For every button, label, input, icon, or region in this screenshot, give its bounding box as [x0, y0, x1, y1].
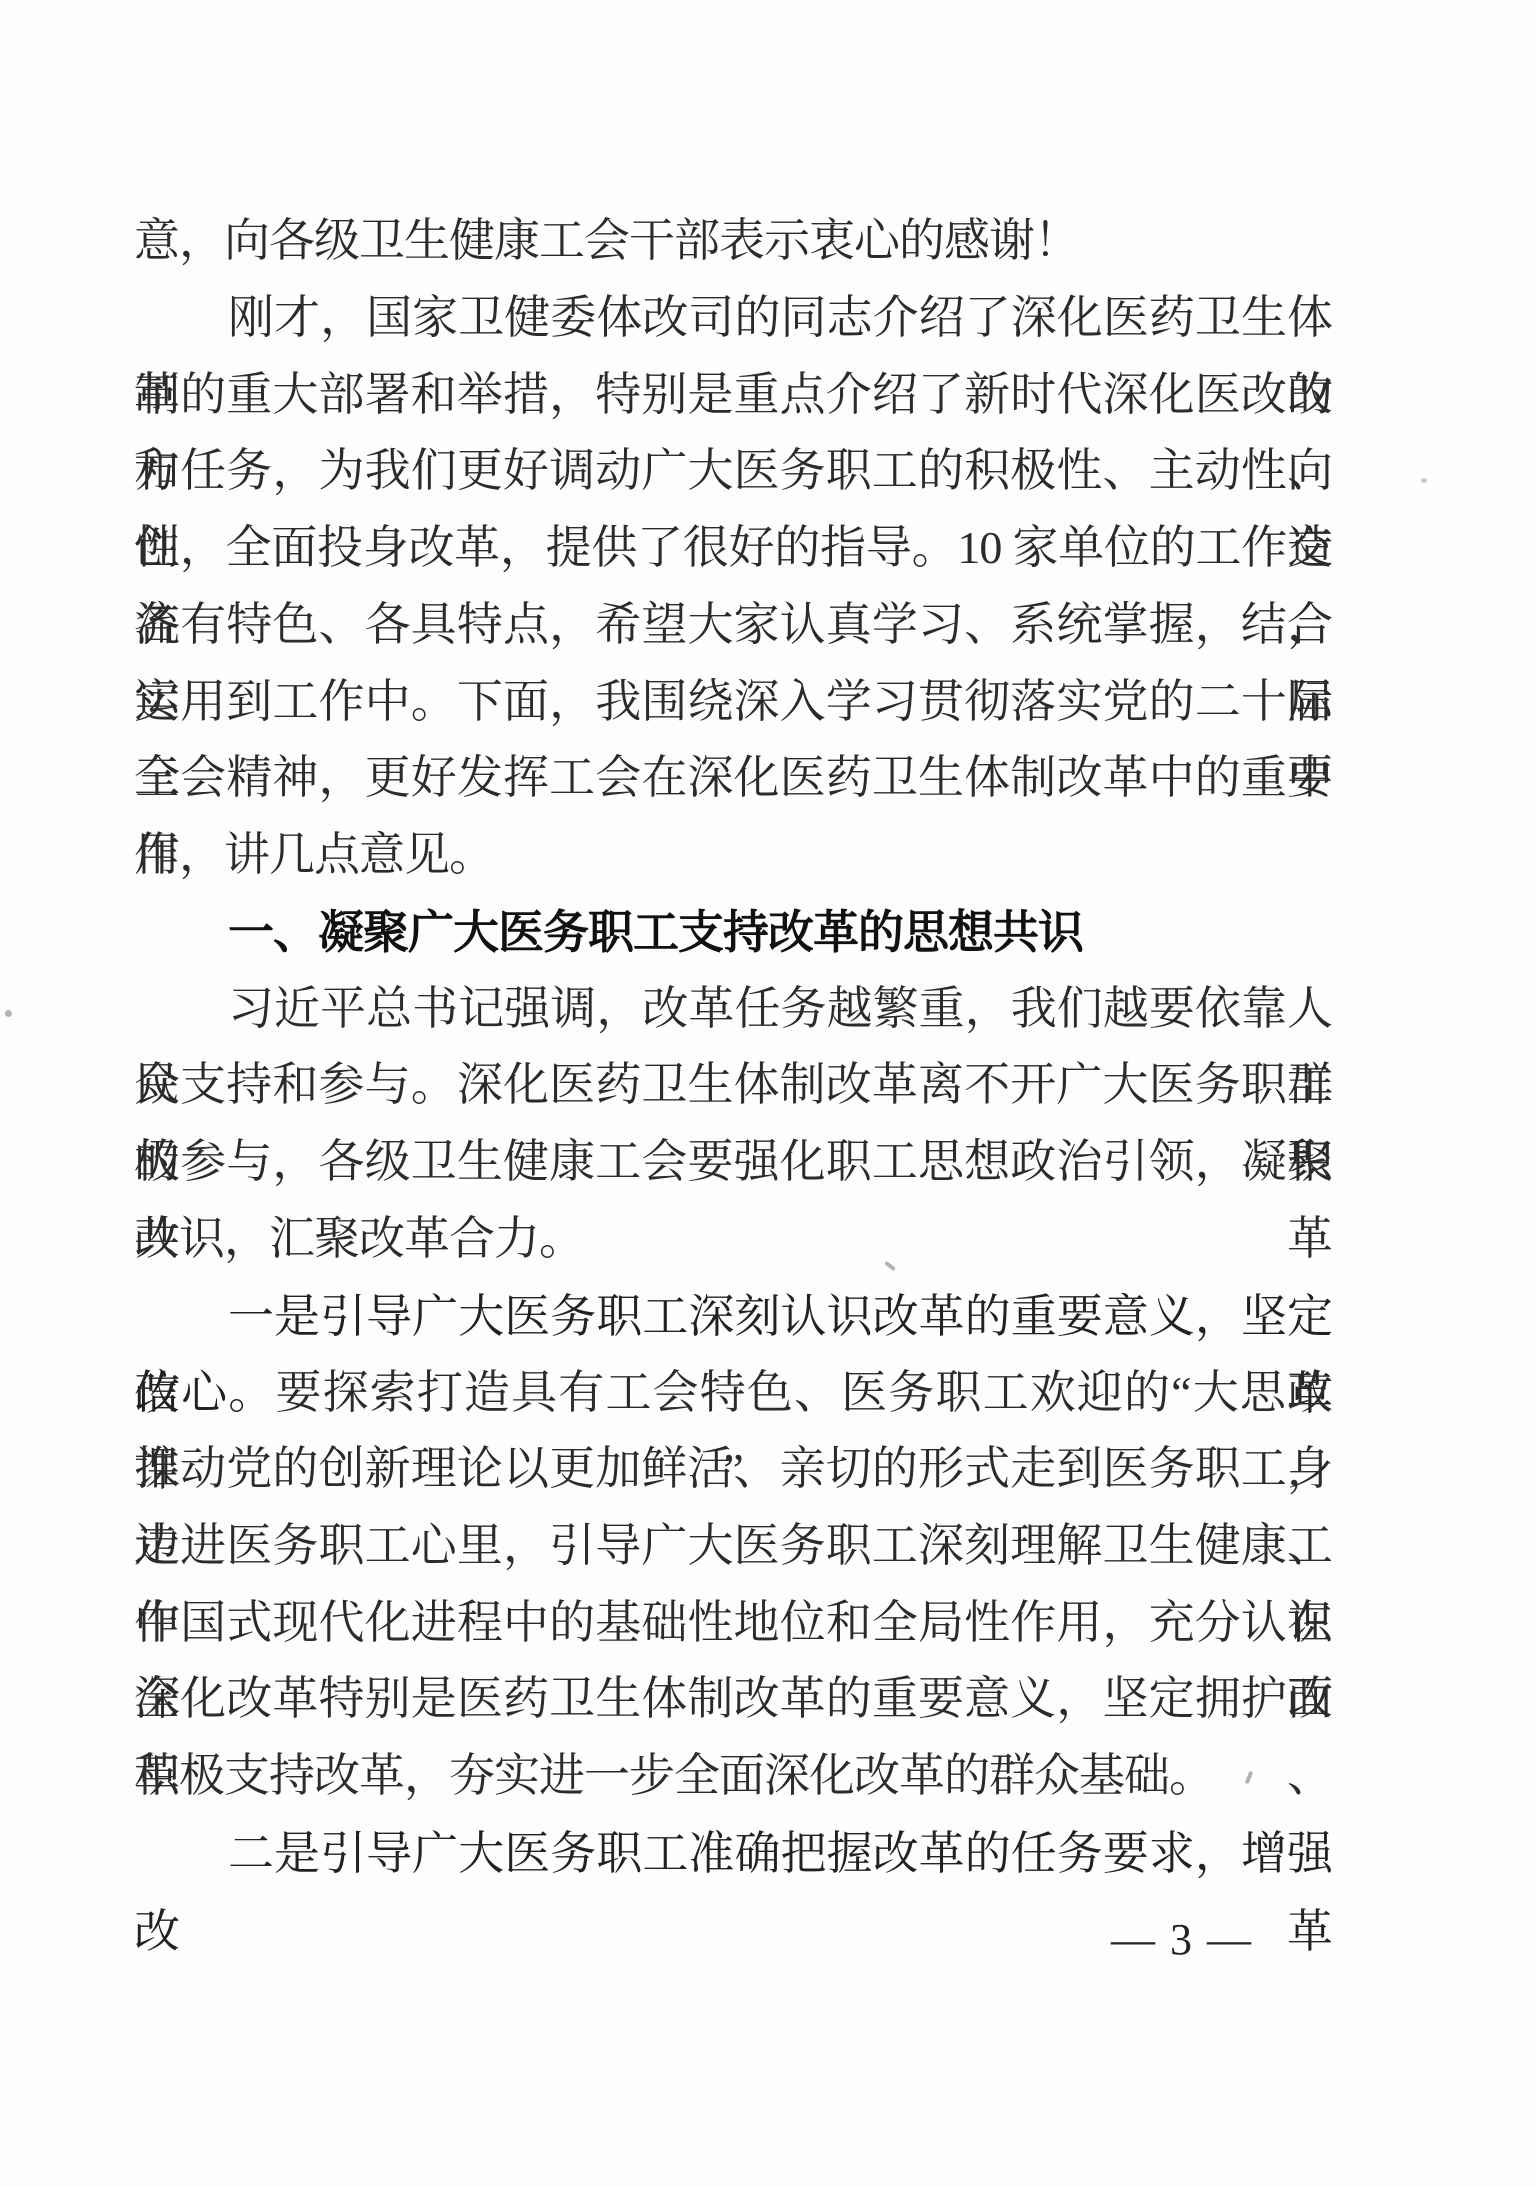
text-line: 积极支持改革，夯实进一步全面深化改革的群众基础。 [134, 1738, 1332, 1815]
scan-speck [1421, 478, 1427, 483]
text-line: 各有特色、各具特点，希望大家认真学习、系统掌握，结合实际 [134, 587, 1332, 664]
text-line: 一是引导广大医务职工深刻认识改革的重要意义，坚定改革 [134, 1278, 1332, 1355]
text-line: 性，全面投身改革，提供了很好的指导。10 家单位的工作交流， [134, 510, 1332, 587]
text-line: 推动党的创新理论以更加鲜活、亲切的形式走到医务职工身边、 [134, 1431, 1332, 1508]
text-line: 极参与，各级卫生健康工会要强化职工思想政治引领，凝聚改革 [134, 1124, 1332, 1201]
text-line: 和任务，为我们更好调动广大医务职工的积极性、主动性、创造 [134, 433, 1332, 510]
text-line: 深化改革特别是医药卫生体制改革的重要意义，坚定拥护改革、 [134, 1661, 1332, 1738]
text-line: 二是引导广大医务职工准确把握改革的任务要求，增强改革 [134, 1815, 1332, 1892]
text-line: 习近平总书记强调，改革任务越繁重，我们越要依靠人民群 [134, 971, 1332, 1048]
text-segment: 信心。 [134, 1365, 275, 1419]
text-line: 众支持和参与。深化医药卫生体制改革离不开广大医务职工的积 [134, 1047, 1332, 1124]
text-line: 革的重大部署和举措，特别是重点介绍了新时代深化医改的方向 [134, 357, 1332, 434]
text-line: 信心。要探索打造具有工会特色、医务职工欢迎的“大思政课”， [134, 1354, 1332, 1431]
section-heading: 一、凝聚广大医务职工支持改革的思想共识 [134, 894, 1332, 971]
page-number: — 3 — [1111, 1915, 1253, 1965]
text-segment: 积极支持改革，夯实进一步全面深化改革的群众基础。 [134, 1750, 1214, 1801]
text-line: 全会精神，更好发挥工会在深化医药卫生体制改革中的重要作 [134, 740, 1332, 817]
text-segment: 共识，汇聚改革合力。 [134, 1213, 584, 1264]
scan-speck [5, 1010, 12, 1017]
text-segment: 一、凝聚广大医务职工支持改革的思想共识 [228, 906, 1083, 958]
text-line: 意，向各级卫生健康工会干部表示衷心的感谢！ [134, 203, 1332, 280]
scanned-document-page: 意，向各级卫生健康工会干部表示衷心的感谢！刚才，国家卫健委体改司的同志介绍了深化… [0, 0, 1536, 2187]
text-block: 意，向各级卫生健康工会干部表示衷心的感谢！刚才，国家卫健委体改司的同志介绍了深化… [134, 203, 1332, 1892]
text-line: 运用到工作中。下面，我围绕深入学习贯彻落实党的二十届三中 [134, 664, 1332, 741]
text-line: 中国式现代化进程中的基础性地位和全局性作用，充分认识全面 [134, 1585, 1332, 1662]
text-line: 走进医务职工心里，引导广大医务职工深刻理解卫生健康工作在 [134, 1508, 1332, 1585]
text-line: 用，讲几点意见。 [134, 817, 1332, 894]
text-line: 刚才，国家卫健委体改司的同志介绍了深化医药卫生体制改 [134, 280, 1332, 357]
text-segment: 意，向各级卫生健康工会干部表示衷心的感谢！ [134, 215, 1079, 266]
text-segment: 用，讲几点意见。 [134, 829, 494, 880]
